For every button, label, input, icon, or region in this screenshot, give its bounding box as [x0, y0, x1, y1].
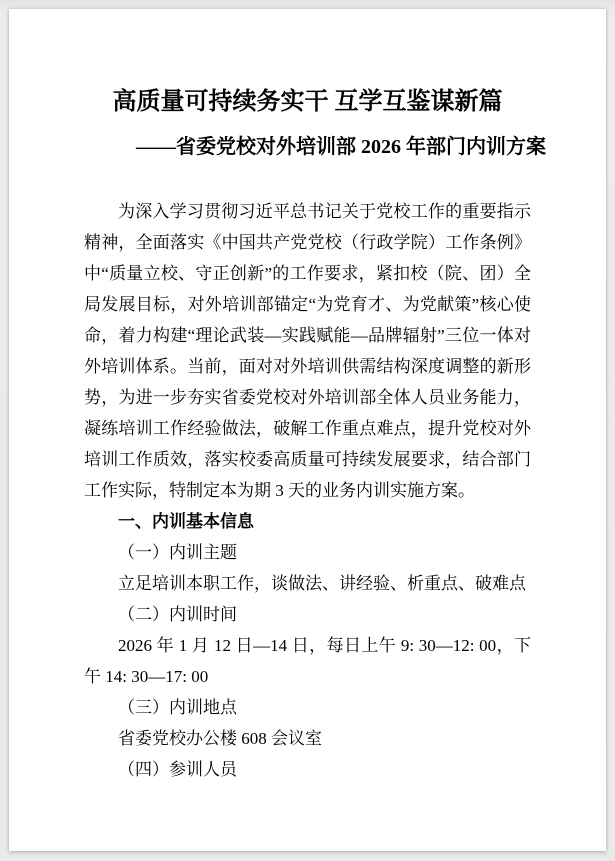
intro-paragraph: 为深入学习贯彻习近平总书记关于党校工作的重要指示精神，全面落实《中国共产党党校（… — [84, 196, 531, 506]
section-1-heading: 一、内训基本信息 — [84, 506, 531, 537]
item-content: 2026 年 1 月 12 日—14 日，每日上午 9: 30—12: 00，下… — [84, 630, 531, 692]
page-content: 高质量可持续务实干 互学互鉴谋新篇 ——省委党校对外培训部 2026 年部门内训… — [9, 9, 606, 785]
item-content: 立足培训本职工作，谈做法、讲经验、析重点、破难点 — [84, 568, 531, 599]
document-title: 高质量可持续务实干 互学互鉴谋新篇 — [84, 9, 531, 119]
list-item: （四）参训人员 — [84, 754, 531, 785]
list-item: （一）内训主题 立足培训本职工作，谈做法、讲经验、析重点、破难点 — [84, 537, 531, 599]
item-label: （二）内训时间 — [84, 599, 531, 630]
document-page: 高质量可持续务实干 互学互鉴谋新篇 ——省委党校对外培训部 2026 年部门内训… — [9, 9, 606, 851]
list-item: （三）内训地点 省委党校办公楼 608 会议室 — [84, 692, 531, 754]
item-label: （四）参训人员 — [84, 754, 531, 785]
document-viewer-background: 高质量可持续务实干 互学互鉴谋新篇 ——省委党校对外培训部 2026 年部门内训… — [0, 0, 615, 861]
item-label: （三）内训地点 — [84, 692, 531, 723]
item-content: 省委党校办公楼 608 会议室 — [84, 723, 531, 754]
item-label: （一）内训主题 — [84, 537, 531, 568]
list-item: （二）内训时间 2026 年 1 月 12 日—14 日，每日上午 9: 30—… — [84, 599, 531, 692]
document-subtitle: ——省委党校对外培训部 2026 年部门内训方案 — [84, 132, 531, 162]
